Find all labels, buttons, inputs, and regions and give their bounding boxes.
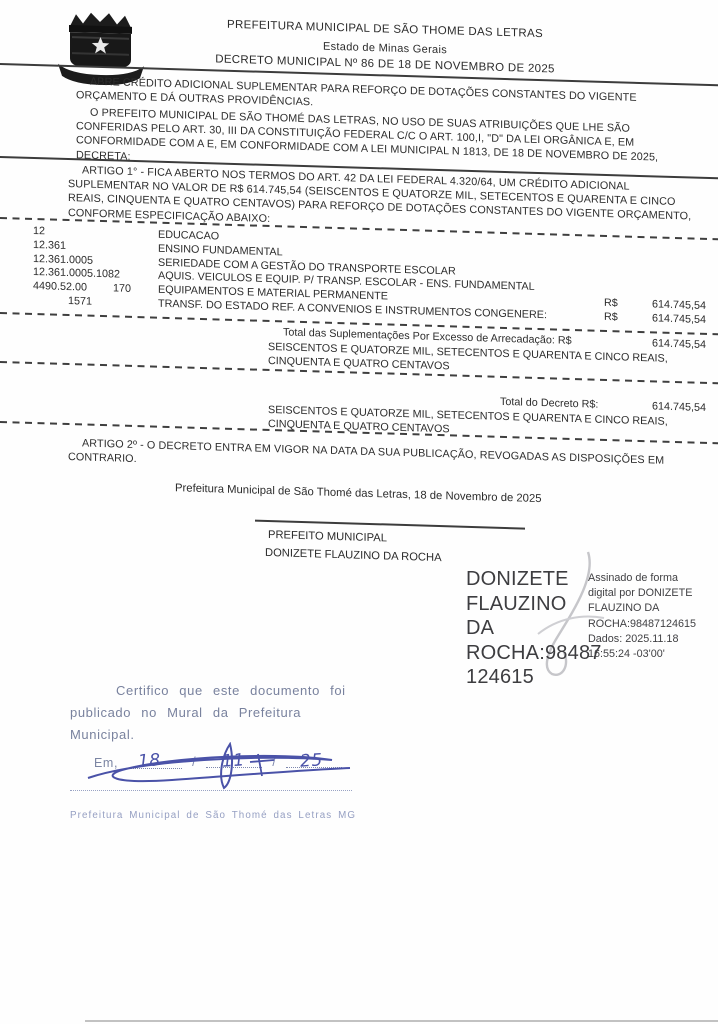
stamp-line: Certifico que este documento foi — [70, 680, 370, 702]
budget-code: 12.361.0005 — [33, 253, 93, 267]
signer-name: DONIZETE FLAUZINO DA ROCHA — [265, 547, 442, 564]
dsig-detail-line: Dados: 2025.11.18 — [588, 632, 714, 647]
dsig-detail-line: digital por DONIZETE — [588, 586, 714, 601]
budget-code: 12.361.0005.1082 — [33, 266, 120, 281]
dsig-subject-line: 124615 — [466, 665, 596, 690]
currency-symbol: R$ — [604, 311, 618, 323]
dsig-subject-line: ROCHA:98487 — [466, 641, 596, 666]
handwritten-signature — [82, 742, 362, 799]
digital-signature-subject: DONIZETE FLAUZINO DA ROCHA:98487 124615 — [466, 567, 596, 690]
stamp-line: publicado no Mural da Prefeitura — [70, 702, 370, 724]
dsig-detail-line: ROCHA:98487124615 — [588, 617, 714, 632]
publication-stamp: Certifico que este documento foi publica… — [70, 680, 370, 827]
signer-role: PREFEITO MUNICIPAL — [268, 529, 387, 545]
budget-value: 614.745,54 — [618, 311, 706, 326]
dsig-subject-line: DONIZETE — [466, 567, 596, 592]
budget-desc: ENSINO FUNDAMENTAL — [158, 242, 283, 258]
dsig-detail-line: 16:55:24 -03'00' — [588, 647, 714, 662]
scan-edge-line — [85, 1020, 718, 1022]
budget-code: 12 — [33, 225, 45, 237]
scanned-decree-page: PREFEITURA MUNICIPAL DE SÃO THOME DAS LE… — [0, 0, 718, 1024]
total-decreto-label: Total do Decreto R$: — [500, 396, 598, 411]
budget-desc: EDUCACAO — [158, 229, 219, 243]
digital-signature-details: Assinado de forma digital por DONIZETE F… — [588, 571, 714, 662]
budget-code: 12.361 — [33, 239, 66, 252]
budget-fonte: 170 — [113, 283, 131, 296]
article2-paragraph: ARTIGO 2º - O DECRETO ENTRA EM VIGOR NA … — [68, 436, 696, 483]
signature-rule — [255, 520, 525, 530]
total-suplementacoes-value: 614.745,54 — [618, 336, 706, 351]
total-decreto-value: 614.745,54 — [618, 399, 706, 414]
budget-code: 4490.52.00 — [33, 280, 87, 294]
budget-value: 614.745,54 — [618, 298, 706, 313]
dsig-detail-line: FLAUZINO DA — [588, 601, 714, 616]
currency-symbol: R$ — [604, 297, 618, 309]
dsig-detail-line: Assinado de forma — [588, 571, 714, 586]
dsig-subject-line: FLAUZINO DA — [466, 592, 596, 641]
dateline: Prefeitura Municipal de São Thomé das Le… — [175, 482, 542, 505]
stamp-footer: Prefeitura Municipal de São Thomé das Le… — [70, 805, 370, 827]
budget-code: 1571 — [68, 295, 92, 308]
